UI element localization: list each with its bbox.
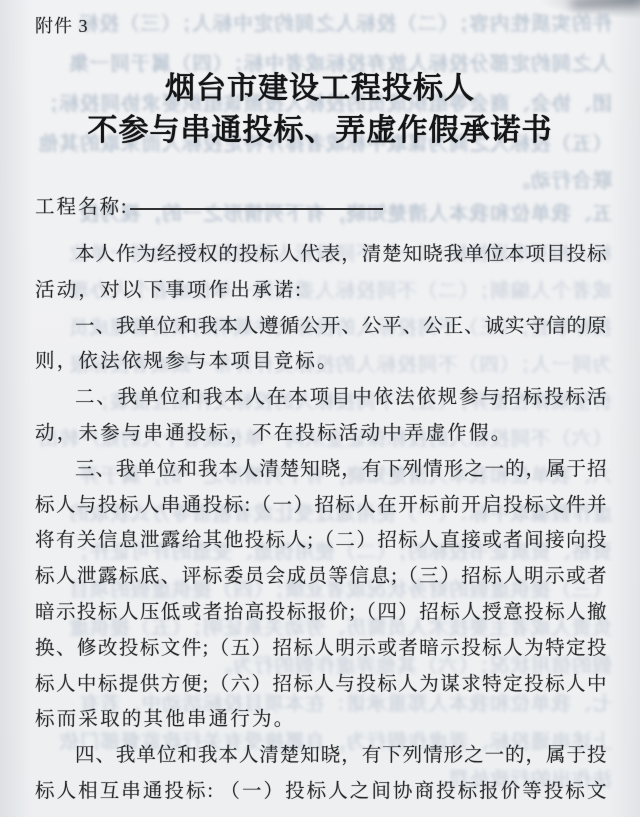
body-line: 本人作为经授权的投标人代表，清楚知晓我单位本项目投标 xyxy=(35,237,607,273)
body-line: 标人相互串通投标: （一）投标人之间协商投标报价等投标文 xyxy=(35,774,607,810)
body-line: 标而采取的其他串通行为。 xyxy=(35,702,607,738)
body-line: 标人与投标人串通投标:（一）招标人在开标前开启投标文件并 xyxy=(35,488,607,524)
document-content: 附件 3 烟台市建设工程投标人 不参与串通投标、弄虚作假承诺书 工程名称: 本人… xyxy=(0,0,640,817)
body-line: 将有关信息泄露给其他投标人;（二）招标人直接或者间接向投 xyxy=(35,523,607,559)
project-name-label: 工程名称: xyxy=(35,197,128,218)
document-title-line2: 不参与串通投标、弄虚作假承诺书 xyxy=(0,110,640,152)
body-line: 动，未参与串通投标，不在投标活动中弄虚作假。 xyxy=(35,416,607,452)
project-name-row: 工程名称: xyxy=(35,194,383,222)
body-line: 则，依法依规参与本项目竞标。 xyxy=(35,344,607,380)
body-text: 本人作为经授权的投标人代表，清楚知晓我单位本项目投标 活动，对以下事项作出承诺:… xyxy=(35,237,607,810)
scanned-document-page: 件的实质性内容；（二）投标人之间约定中标人；（三）投标 人之间约定部分投标人放弃… xyxy=(0,0,640,817)
body-line: 标人中标提供方便;（六）招标人与投标人为谋求特定投标人中 xyxy=(35,667,607,703)
body-line: 换、修改投标文件;（五）招标人明示或者暗示投标人为特定投 xyxy=(35,631,607,667)
attachment-label: 附件 3 xyxy=(35,12,89,38)
body-line: 二、我单位和我本人在本项目中依法依规参与招标投标活 xyxy=(35,380,607,416)
project-name-blank-line xyxy=(130,207,383,210)
body-line: 三、我单位和我本人清楚知晓，有下列情形之一的，属于招 xyxy=(35,452,607,488)
document-title-line1: 烟台市建设工程投标人 xyxy=(0,68,640,110)
body-line: 四、我单位和我本人清楚知晓，有下列情形之一的，属于投 xyxy=(35,738,607,774)
body-line: 标人泄露标底、评标委员会成员等信息;（三）招标人明示或者 xyxy=(35,559,607,595)
body-line: 一、我单位和我本人遵循公开、公平、公正、诚实守信的原 xyxy=(35,309,607,345)
body-line: 暗示投标人压低或者抬高投标报价;（四）招标人授意投标人撤 xyxy=(35,595,607,631)
document-title: 烟台市建设工程投标人 不参与串通投标、弄虚作假承诺书 xyxy=(0,68,640,152)
body-line: 活动，对以下事项作出承诺: xyxy=(35,273,607,309)
